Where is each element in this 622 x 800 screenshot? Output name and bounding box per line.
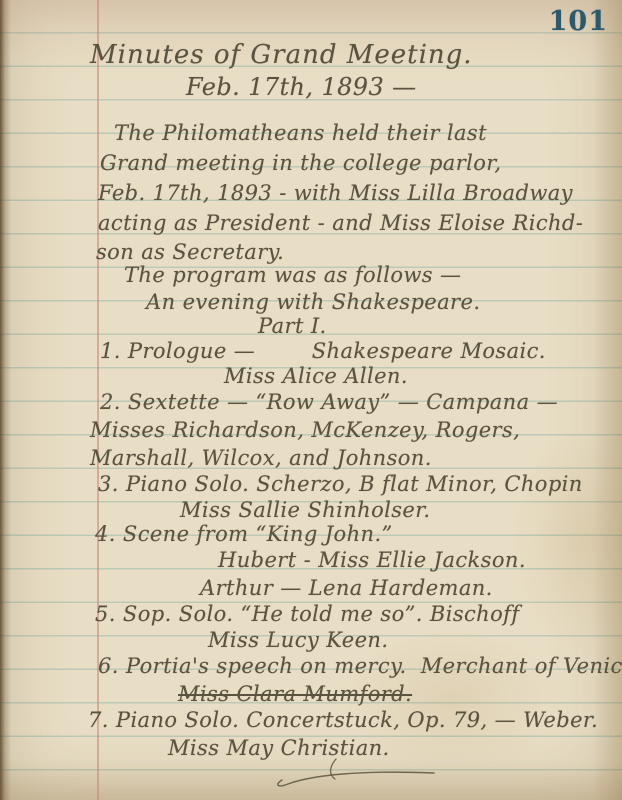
manuscript-line: Hubert - Miss Ellie Jackson. bbox=[218, 548, 526, 572]
manuscript-line: 6. Portia's speech on mercy. Merchant of… bbox=[98, 654, 622, 678]
manuscript-line: An evening with Shakespeare. bbox=[146, 290, 480, 314]
manuscript-title: Minutes of Grand Meeting. bbox=[90, 40, 473, 70]
manuscript-line: Miss Lucy Keen. bbox=[208, 628, 388, 652]
manuscript-line: Marshall, Wilcox, and Johnson. bbox=[90, 446, 432, 470]
manuscript-line: Feb. 17th, 1893 - with Miss Lilla Broadw… bbox=[98, 181, 573, 205]
manuscript-line: acting as President - and Miss Eloise Ri… bbox=[98, 211, 583, 235]
manuscript-line: Arthur — Lena Hardeman. bbox=[200, 576, 493, 600]
manuscript-line: The Philomatheans held their last bbox=[114, 121, 487, 145]
manuscript-line: 7. Piano Solo. Concertstuck, Op. 79, — W… bbox=[88, 708, 598, 732]
notebook-page: 101 Minutes of Grand Meeting. Feb. 17th,… bbox=[0, 0, 622, 800]
manuscript-date: Feb. 17th, 1893 — bbox=[186, 73, 417, 101]
manuscript-line: 4. Scene from “King John.” bbox=[95, 522, 393, 546]
manuscript-line: Part I. bbox=[258, 314, 327, 338]
manuscript-line: Miss Alice Allen. bbox=[224, 364, 408, 388]
page-number: 101 bbox=[549, 6, 608, 37]
manuscript-line-struck: Miss Clara Mumford. bbox=[178, 682, 412, 706]
margin-line bbox=[97, 0, 99, 800]
manuscript-line: 3. Piano Solo. Scherzo, B flat Minor, Ch… bbox=[98, 472, 583, 496]
paper-stain bbox=[512, 430, 622, 650]
manuscript-line: 2. Sextette — “Row Away” — Campana — bbox=[100, 390, 558, 414]
manuscript-line: Miss Sallie Shinholser. bbox=[180, 498, 430, 522]
manuscript-line: Misses Richardson, McKenzey, Rogers, bbox=[90, 418, 520, 442]
manuscript-line: Miss May Christian. bbox=[168, 736, 390, 760]
flourish-line bbox=[272, 758, 442, 788]
manuscript-line: Grand meeting in the college parlor, bbox=[100, 151, 502, 175]
manuscript-line: 1. Prologue — Shakespeare Mosaic. bbox=[100, 339, 546, 363]
manuscript-line: The program was as follows — bbox=[124, 263, 461, 287]
manuscript-line: 5. Sop. Solo. “He told me so”. Bischoff bbox=[95, 602, 520, 626]
manuscript-line: son as Secretary. bbox=[96, 240, 284, 264]
